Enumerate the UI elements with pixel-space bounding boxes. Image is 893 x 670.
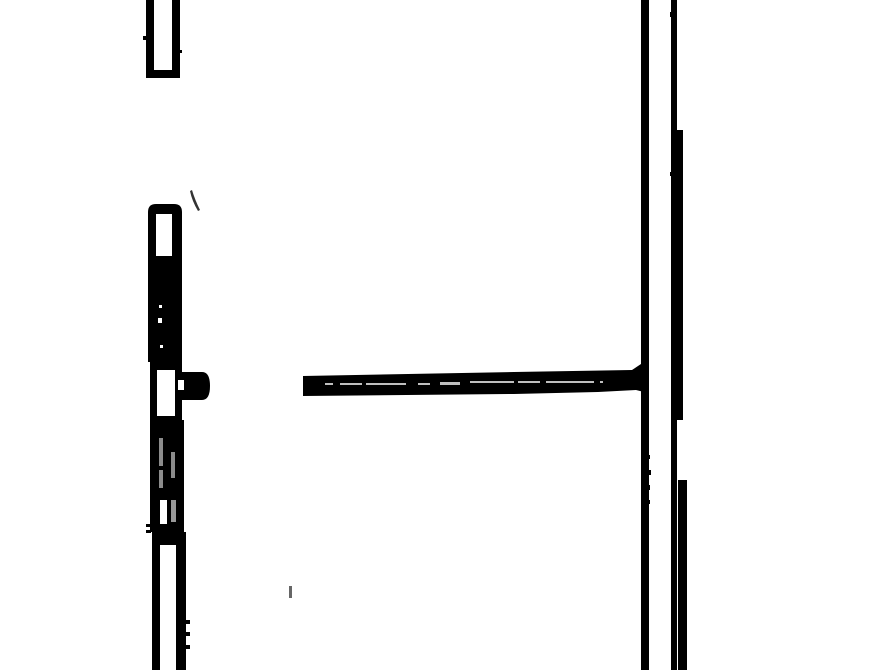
- horizontal-arm: [303, 362, 644, 396]
- right-rail-inner: [641, 0, 651, 670]
- scan-mark: [289, 586, 292, 598]
- line-drawing: [0, 0, 893, 670]
- upper-left-bar: [143, 0, 182, 78]
- right-rail-outer: [670, 0, 687, 670]
- scan-mark: [190, 190, 200, 211]
- left-assembly: [146, 204, 210, 670]
